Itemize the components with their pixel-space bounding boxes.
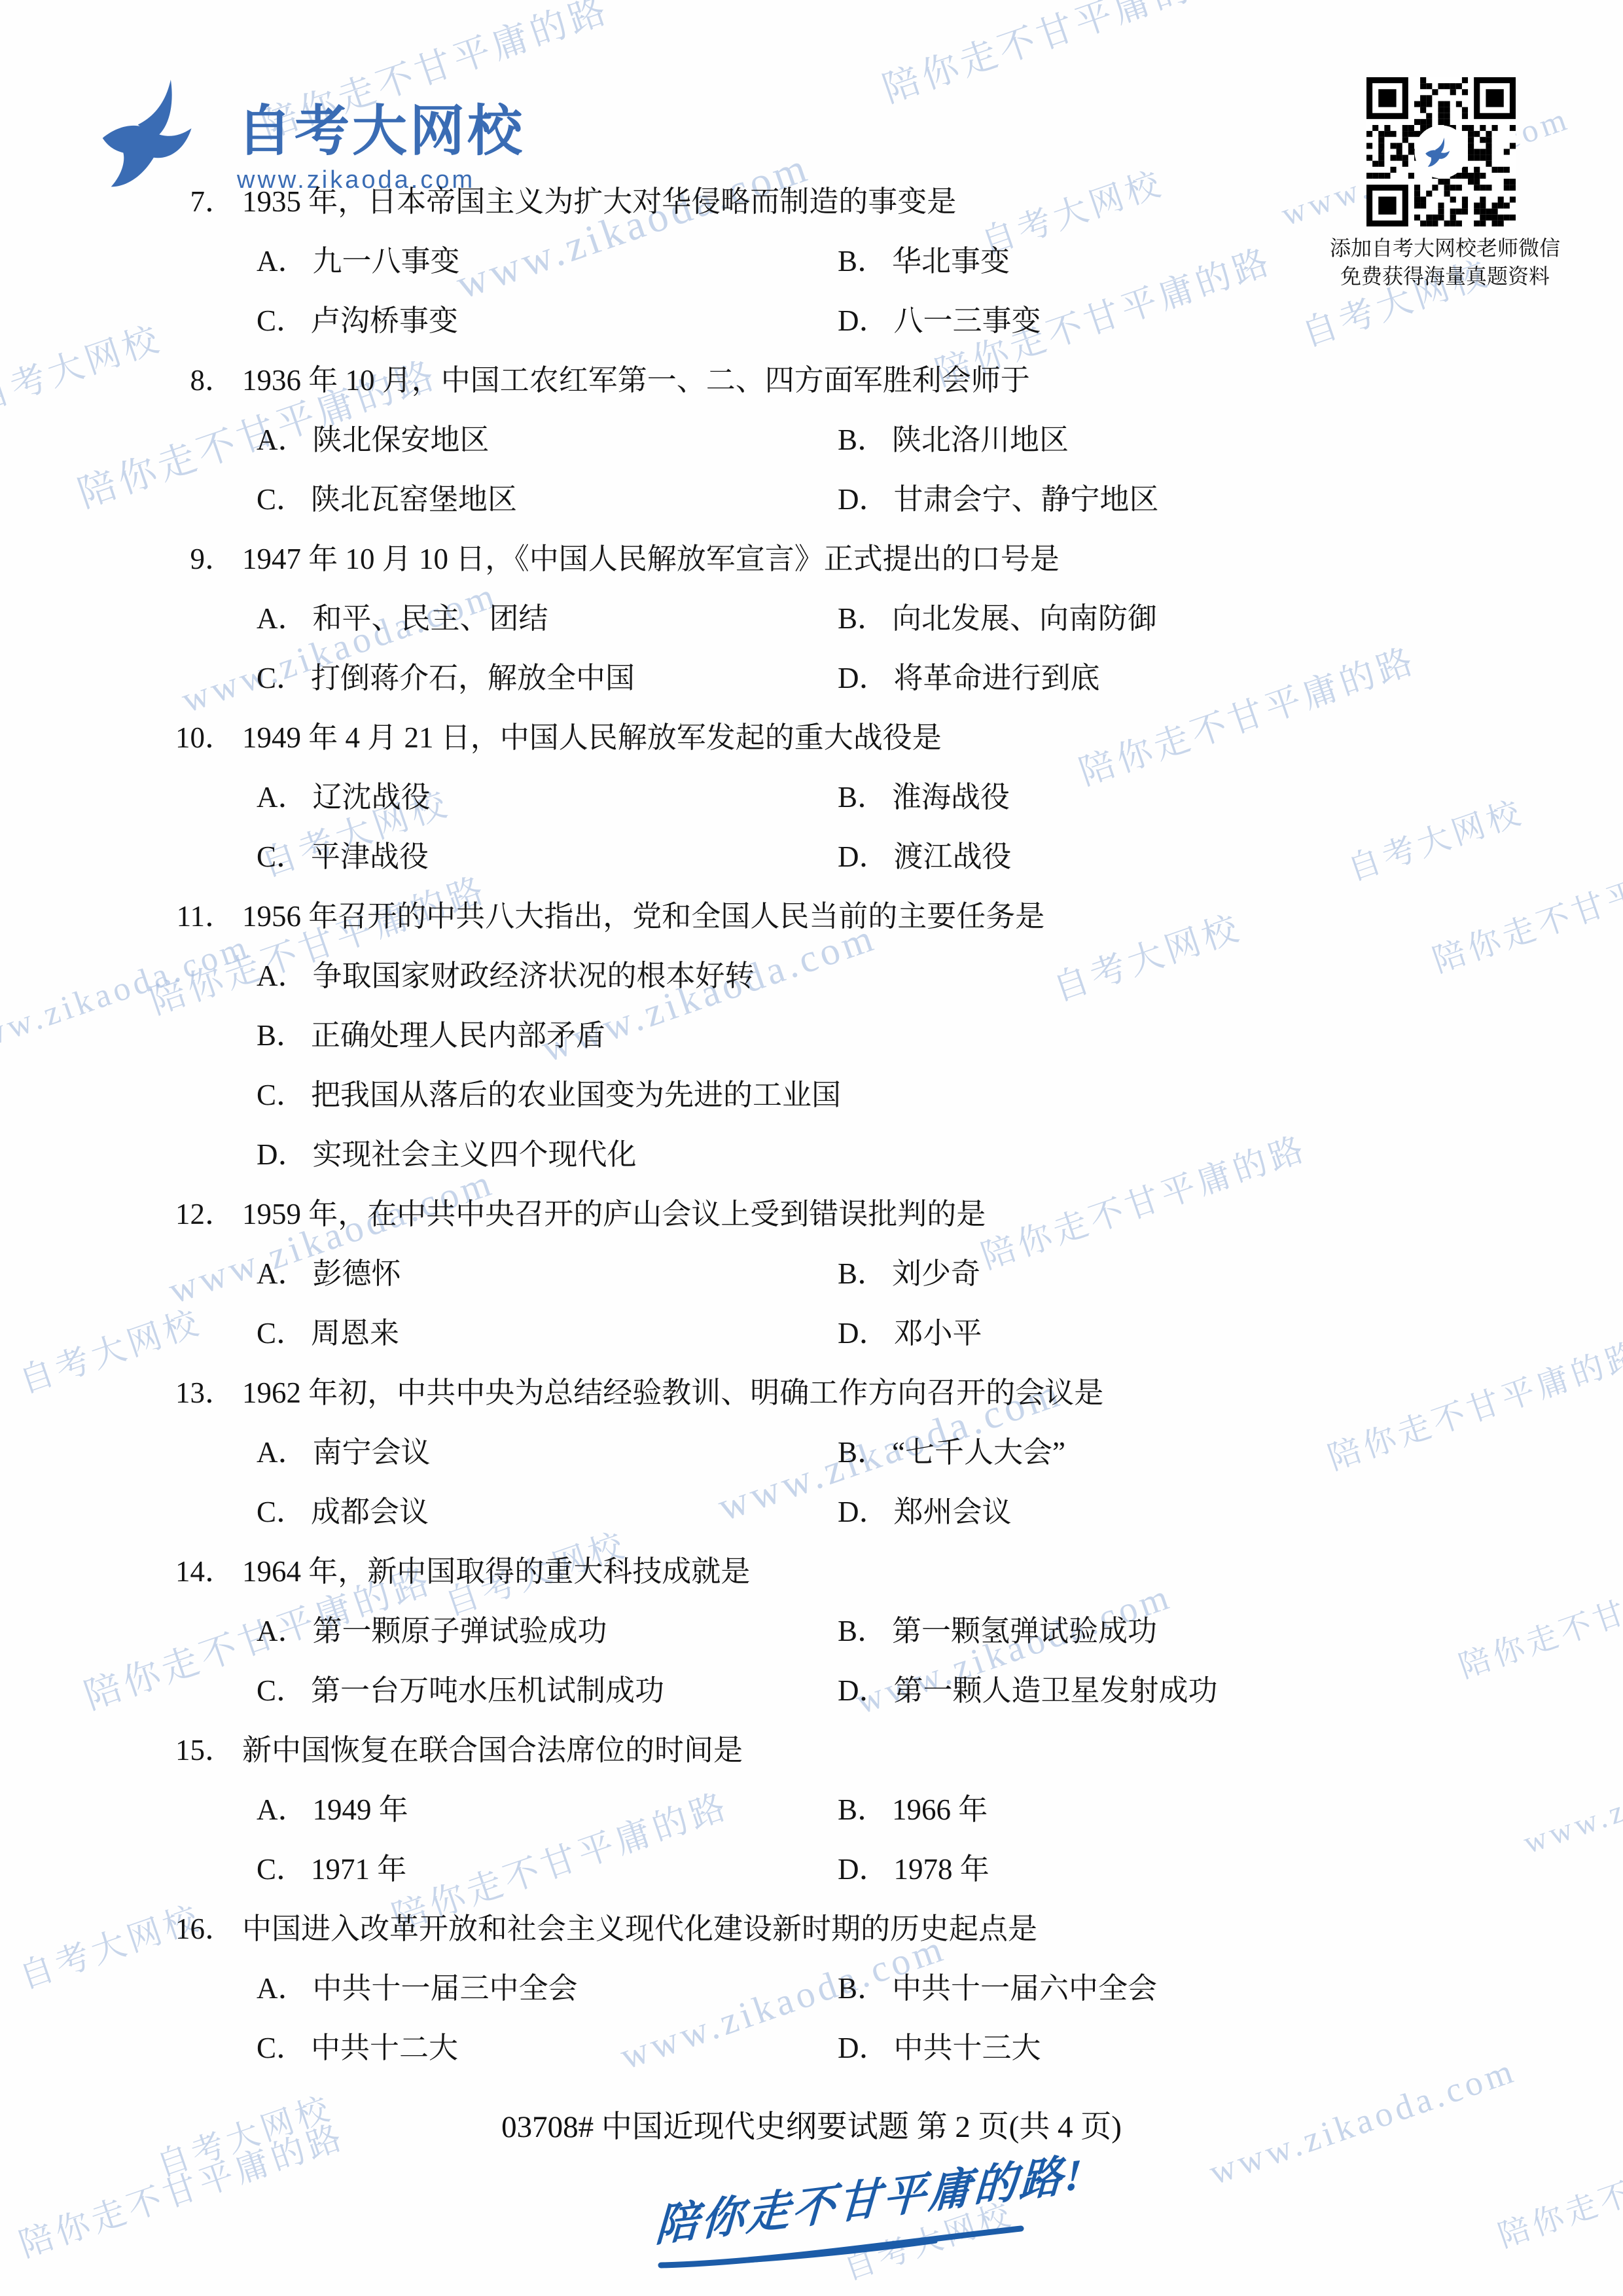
option-b: B．正确处理人民内部矛盾 [257, 1011, 605, 1054]
option-b: B．淮海战役 [838, 773, 1010, 816]
question-12: 12．1959 年，在中共中央召开的庐山会议上受到错误批判的是 A．彭德怀 B．… [0, 1181, 1623, 1360]
question-stem: 1964 年，新中国取得的重大科技成就是 [234, 1547, 750, 1590]
question-10: 10．1949 年 4 月 21 日，中国人民解放军发起的重大战役是 A．辽沈战… [0, 705, 1623, 884]
exam-page: 陪你走不甘平庸的路 陪你走不甘平庸的路 www.zikaoda.com 自考大网… [0, 0, 1623, 2296]
question-stem: 中国进入改革开放和社会主义现代化建设新时期的历史起点是 [234, 1905, 1037, 1947]
question-number: 11． [0, 892, 234, 935]
footer-slogan: 陪你走不甘平庸的路! [654, 2166, 1060, 2270]
question-stem: 1935 年，日本帝国主义为扩大对华侵略而制造的事变是 [234, 177, 956, 220]
logo-brand: 自考大网校 [237, 99, 525, 162]
option-b: B．陕北洛川地区 [838, 416, 1069, 458]
question-stem: 1936 年 10 月，中国工农红军第一、二、四方面军胜利会师于 [234, 356, 1030, 399]
option-d: D．将革命进行到底 [838, 654, 1100, 696]
option-a: A．第一颗原子弹试验成功 [257, 1607, 838, 1649]
option-d: D．1978 年 [838, 1845, 990, 1888]
question-13: 13．1962 年初，中共中央为总结经验教训、明确工作方向召开的会议是 A．南宁… [0, 1360, 1623, 1539]
option-b: B．中共十一届六中全会 [838, 1964, 1157, 2007]
question-14: 14．1964 年，新中国取得的重大科技成就是 A．第一颗原子弹试验成功 B．第… [0, 1539, 1623, 1717]
question-number: 7． [0, 177, 234, 220]
question-11: 11．1956 年召开的中共八大指出，党和全国人民当前的主要任务是 A．争取国家… [0, 884, 1623, 1181]
option-c: C．平津战役 [257, 833, 838, 875]
option-c: C．中共十二大 [257, 2024, 838, 2066]
option-b: B．“七千人大会” [838, 1428, 1065, 1471]
option-a: A．陕北保安地区 [257, 416, 838, 458]
option-c: C．成都会议 [257, 1488, 838, 1530]
question-number: 15． [0, 1726, 234, 1768]
question-number: 10． [0, 713, 234, 756]
option-c: C．卢沟桥事变 [257, 296, 838, 339]
question-16: 16．中国进入改革开放和社会主义现代化建设新时期的历史起点是 A．中共十一届三中… [0, 1896, 1623, 2075]
page-content: 自考大网校 www.zikaoda.com 添加自考大网校老师微信 免费获得海量… [0, 0, 1623, 2296]
question-15: 15．新中国恢复在联合国合法席位的时间是 A．1949 年 B．1966 年 C… [0, 1717, 1623, 1896]
option-a: A．南宁会议 [257, 1428, 838, 1471]
option-d: D．邓小平 [838, 1309, 982, 1352]
option-c: C．周恩来 [257, 1309, 838, 1352]
option-b: B．刘少奇 [838, 1249, 980, 1292]
question-9: 9．1947 年 10 月 10 日，《中国人民解放军宣言》正式提出的口号是 A… [0, 526, 1623, 705]
option-b: B．第一颗氢弹试验成功 [838, 1607, 1157, 1649]
question-stem: 1959 年，在中共中央召开的庐山会议上受到错误批判的是 [234, 1190, 986, 1232]
question-stem: 1962 年初，中共中央为总结经验教训、明确工作方向召开的会议是 [234, 1369, 1103, 1411]
option-d: D．第一颗人造卫星发射成功 [838, 1666, 1218, 1709]
question-stem: 新中国恢复在联合国合法席位的时间是 [234, 1726, 743, 1768]
option-c: C．把我国从落后的农业国变为先进的工业国 [257, 1071, 841, 1113]
question-stem: 1956 年召开的中共八大指出，党和全国人民当前的主要任务是 [234, 892, 1044, 935]
option-c: C．打倒蒋介石，解放全中国 [257, 654, 838, 696]
question-7: 7．1935 年，日本帝国主义为扩大对华侵略而制造的事变是 A．九一八事变 B．… [0, 169, 1623, 348]
question-8: 8．1936 年 10 月，中国工农红军第一、二、四方面军胜利会师于 A．陕北保… [0, 348, 1623, 526]
question-number: 8． [0, 356, 234, 399]
option-c: C．第一台万吨水压机试制成功 [257, 1666, 838, 1709]
question-number: 9． [0, 535, 234, 577]
option-d: D．实现社会主义四个现代化 [257, 1130, 637, 1173]
option-a: A．九一八事变 [257, 237, 838, 279]
option-d: D．八一三事变 [838, 296, 1041, 339]
option-c: C．陕北瓦窑堡地区 [257, 475, 838, 518]
option-a: A．1949 年 [257, 1785, 838, 1828]
option-d: D．中共十三大 [838, 2024, 1041, 2066]
option-b: B．华北事变 [838, 237, 1010, 279]
question-stem: 1949 年 4 月 21 日，中国人民解放军发起的重大战役是 [234, 713, 942, 756]
option-a: A．和平、民主、团结 [257, 594, 838, 637]
option-a: A．辽沈战役 [257, 773, 838, 816]
question-number: 14． [0, 1547, 234, 1590]
question-number: 13． [0, 1369, 234, 1411]
option-a: A．彭德怀 [257, 1249, 838, 1292]
option-d: D．渡江战役 [838, 833, 1012, 875]
question-number: 16． [0, 1905, 234, 1947]
option-c: C．1971 年 [257, 1845, 838, 1888]
option-a: A．中共十一届三中全会 [257, 1964, 838, 2007]
option-d: D．甘肃会宁、静宁地区 [838, 475, 1159, 518]
footer-page-info: 03708# 中国近现代史纲要试题 第 2 页(共 4 页) [0, 2102, 1623, 2146]
option-b: B．向北发展、向南防御 [838, 594, 1157, 637]
option-a: A．争取国家财政经济状况的根本好转 [257, 952, 755, 994]
option-b: B．1966 年 [838, 1785, 988, 1828]
question-list: 7．1935 年，日本帝国主义为扩大对华侵略而制造的事变是 A．九一八事变 B．… [0, 169, 1623, 2075]
question-number: 12． [0, 1190, 234, 1232]
question-stem: 1947 年 10 月 10 日，《中国人民解放军宣言》正式提出的口号是 [234, 535, 1060, 577]
option-d: D．郑州会议 [838, 1488, 1012, 1530]
